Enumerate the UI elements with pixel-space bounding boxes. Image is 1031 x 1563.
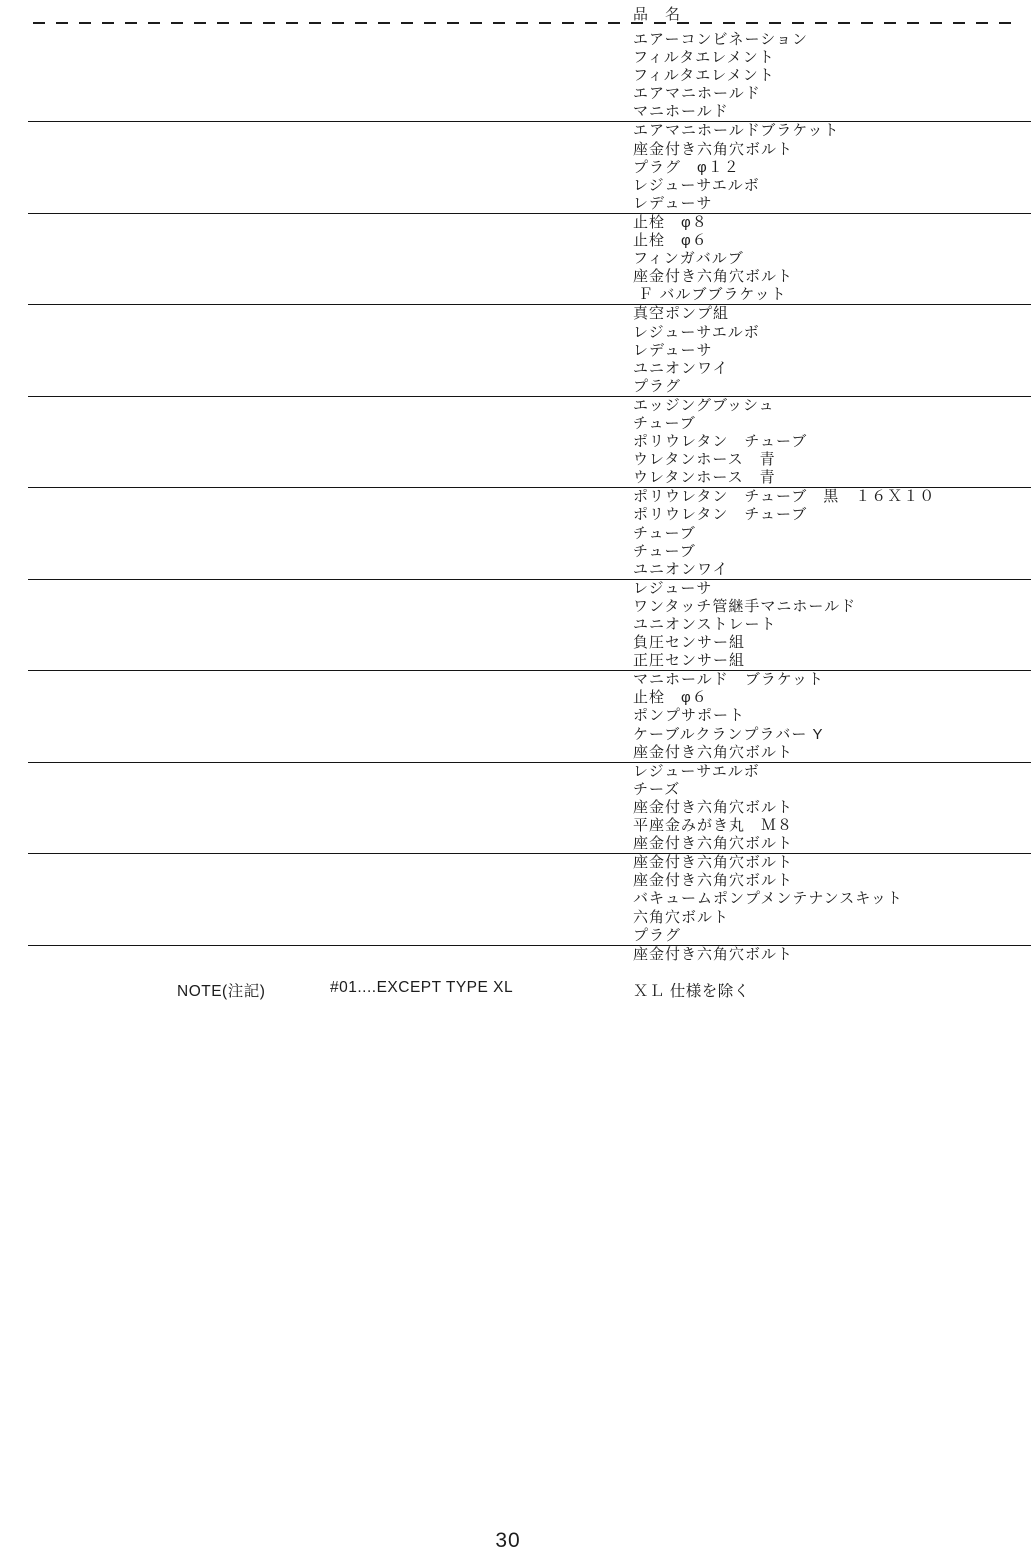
part-name: マニホールド ブラケット bbox=[28, 671, 1031, 689]
part-name: 座金付き六角穴ボルト bbox=[28, 744, 1031, 762]
part-name: レジューサエルボ bbox=[28, 177, 1031, 195]
note-reference-japanese: ＸＬ 仕様を除く bbox=[633, 979, 750, 1001]
part-name: プラグ bbox=[28, 927, 1031, 945]
part-name: ユニオンワイ bbox=[28, 561, 1031, 579]
part-name: 座金付き六角穴ボルト bbox=[28, 835, 1031, 853]
part-name: フィンガバルブ bbox=[28, 250, 1031, 268]
parts-group: エアーコンビネーションフィルタエレメントフィルタエレメントエアマニホールドマニホ… bbox=[28, 25, 1031, 122]
part-name: 座金付き六角穴ボルト bbox=[28, 946, 1031, 964]
parts-group: エアマニホールドブラケット座金付き六角穴ボルトプラグ φ１２レジューサエルボレデ… bbox=[28, 122, 1031, 213]
parts-group: エッジングブッシュチューブポリウレタン チューブウレタンホース 青ウレタンホース… bbox=[28, 397, 1031, 488]
part-name: ポリウレタン チューブ bbox=[28, 506, 1031, 524]
parts-group: 真空ポンプ組レジューサエルボレデューサユニオンワイプラグ bbox=[28, 305, 1031, 396]
parts-group: レジューサワンタッチ管継手マニホールドユニオンストレート負圧センサー組正圧センサ… bbox=[28, 580, 1031, 671]
part-name: ユニオンストレート bbox=[28, 616, 1031, 634]
part-name: エアマニホールド bbox=[28, 85, 1031, 103]
parts-group: ポリウレタン チューブ 黒 １６Ｘ１０ポリウレタン チューブチューブチューブユニ… bbox=[28, 488, 1031, 579]
part-name: プラグ φ１２ bbox=[28, 159, 1031, 177]
part-name: 負圧センサー組 bbox=[28, 634, 1031, 652]
part-name: エッジングブッシュ bbox=[28, 397, 1031, 415]
part-name: チーズ bbox=[28, 781, 1031, 799]
part-name: プラグ bbox=[28, 378, 1031, 396]
part-name: レジューサエルボ bbox=[28, 763, 1031, 781]
part-name: レジューサエルボ bbox=[28, 324, 1031, 342]
parts-group: 座金付き六角穴ボルト座金付き六角穴ボルトバキュームポンプメンテナンスキット六角穴… bbox=[28, 854, 1031, 945]
part-name: ウレタンホース 青 bbox=[28, 451, 1031, 469]
part-name: エアマニホールドブラケット bbox=[28, 122, 1031, 140]
document-page: 品 名 エアーコンビネーションフィルタエレメントフィルタエレメントエアマニホール… bbox=[0, 0, 1031, 1563]
parts-table: エアーコンビネーションフィルタエレメントフィルタエレメントエアマニホールドマニホ… bbox=[28, 25, 1031, 964]
part-name: フィルタエレメント bbox=[28, 49, 1031, 67]
part-name: チューブ bbox=[28, 543, 1031, 561]
part-name: ポリウレタン チューブ bbox=[28, 433, 1031, 451]
part-name: 座金付き六角穴ボルト bbox=[28, 854, 1031, 872]
note-label: NOTE(注記) bbox=[177, 979, 265, 1001]
column-header-part-name: 品 名 bbox=[633, 3, 681, 24]
part-name: 止栓 φ８ bbox=[28, 214, 1031, 232]
part-name: 座金付き六角穴ボルト bbox=[28, 268, 1031, 286]
parts-group: マニホールド ブラケット止栓 φ６ポンプサポートケーブルクランプラバー Y座金付… bbox=[28, 671, 1031, 762]
part-name: ポリウレタン チューブ 黒 １６Ｘ１０ bbox=[28, 488, 1031, 506]
part-name: 座金付き六角穴ボルト bbox=[28, 872, 1031, 890]
part-name: エアーコンビネーション bbox=[28, 31, 1031, 49]
part-name: 止栓 φ６ bbox=[28, 689, 1031, 707]
part-name: 平座金みがき丸 Ｍ８ bbox=[28, 817, 1031, 835]
parts-group: レジューサエルボチーズ座金付き六角穴ボルト平座金みがき丸 Ｍ８座金付き六角穴ボル… bbox=[28, 763, 1031, 854]
part-name: ポンプサポート bbox=[28, 707, 1031, 725]
part-name: 座金付き六角穴ボルト bbox=[28, 141, 1031, 159]
part-name: 座金付き六角穴ボルト bbox=[28, 799, 1031, 817]
part-name: レジューサ bbox=[28, 580, 1031, 598]
part-name: フィルタエレメント bbox=[28, 67, 1031, 85]
part-name: ウレタンホース 青 bbox=[28, 469, 1031, 487]
part-name: 止栓 φ６ bbox=[28, 232, 1031, 250]
part-name: マニホールド bbox=[28, 103, 1031, 121]
part-name: 真空ポンプ組 bbox=[28, 305, 1031, 323]
page-number: 30 bbox=[0, 1529, 1016, 1553]
part-name: 正圧センサー組 bbox=[28, 652, 1031, 670]
part-name: レデューサ bbox=[28, 195, 1031, 213]
part-name: ユニオンワイ bbox=[28, 360, 1031, 378]
parts-group: 止栓 φ８止栓 φ６フィンガバルブ座金付き六角穴ボルト Ｆ バルブブラケット bbox=[28, 214, 1031, 305]
part-name: 六角穴ボルト bbox=[28, 909, 1031, 927]
header-dashed-separator bbox=[33, 22, 1018, 24]
note-row: NOTE(注記) #01....EXCEPT TYPE XL ＸＬ 仕様を除く bbox=[0, 979, 1031, 999]
note-reference-code: #01....EXCEPT TYPE XL bbox=[330, 979, 513, 997]
part-name: チューブ bbox=[28, 415, 1031, 433]
part-name: チューブ bbox=[28, 525, 1031, 543]
part-name: レデューサ bbox=[28, 342, 1031, 360]
part-name: ケーブルクランプラバー Y bbox=[28, 726, 1031, 744]
part-name: Ｆ バルブブラケット bbox=[28, 286, 1031, 304]
part-name: バキュームポンプメンテナンスキット bbox=[28, 890, 1031, 908]
part-name: ワンタッチ管継手マニホールド bbox=[28, 598, 1031, 616]
